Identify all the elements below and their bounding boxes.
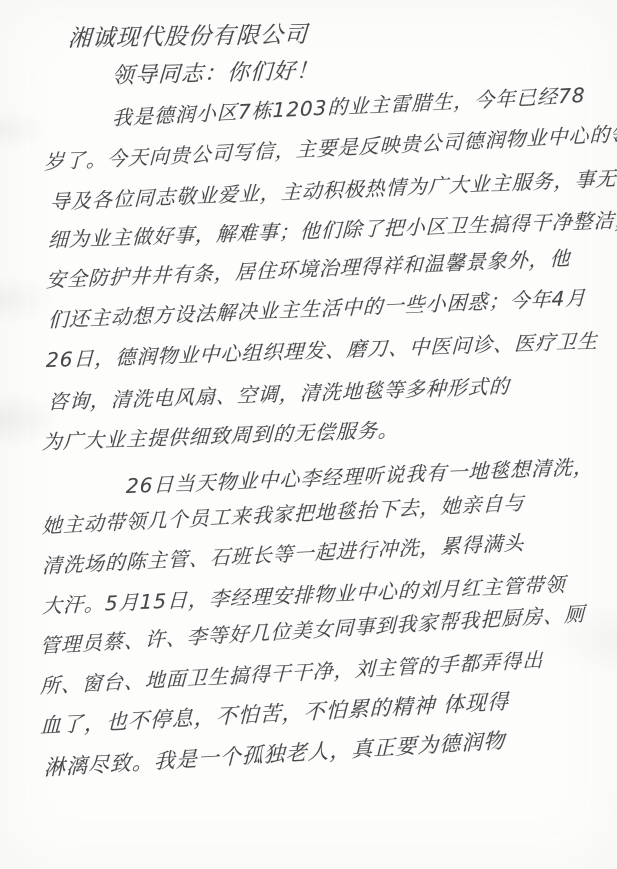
letter-line-14: 清洗场的陈主管、石班长等一起进行冲洗，累得满头 — [42, 532, 525, 576]
letter-page: 湘诚现代股份有限公司领导同志：你们好！我是德润小区7栋1203的业主雷腊生，今年… — [0, 0, 617, 869]
letter-line-2: 领导同志：你们好！ — [112, 61, 320, 88]
letter-line-8: 们还主动想方设法解决业主生活中的一些小困惑；今年4月 — [48, 287, 587, 330]
letter-line-1: 湘诚现代股份有限公司 — [67, 24, 308, 51]
letter-line-3: 我是德润小区7栋1203的业主雷腊生，今年已经78 — [112, 85, 586, 128]
letter-line-17: 所、窗台、地面卫生搞得干干净，刘主管的手都弄得出 — [40, 650, 544, 696]
letter-line-7: 安全防护井井有条，居住环境治理得祥和温馨景象外，他 — [46, 248, 571, 290]
letter-line-18: 血了，也不停息，不怕苦，不怕累的精神 体现得 — [40, 691, 509, 737]
letter-line-13: 她主动带领几个员工来我家把地毯抬下去，她亲自与 — [42, 492, 525, 536]
letter-line-6: 细为业主做好事，解难事；他们除了把小区卫生搞得干净整洁， — [48, 209, 617, 250]
letter-line-10: 咨询，清洗电风扇、空调，清洗地毯等多种形式的 — [48, 376, 510, 412]
letter-line-5: 导及各位同志敬业爱业，主动积极热情为广大业主服务，事无巨 — [50, 167, 617, 212]
letter-line-19: 淋漓尽致。我是一个孤独老人，真正要为德润物 — [44, 731, 505, 779]
letter-line-4: 岁了。今天向贵公司写信，主要是反映贵公司德润物业中心的领 — [44, 123, 617, 172]
letter-line-11: 为广大业主提供细致周到的无偿服务。 — [42, 420, 399, 452]
letter-line-9: 26日，德润物业中心组织理发、磨刀、中医问诊、医疗卫生 — [46, 331, 599, 370]
